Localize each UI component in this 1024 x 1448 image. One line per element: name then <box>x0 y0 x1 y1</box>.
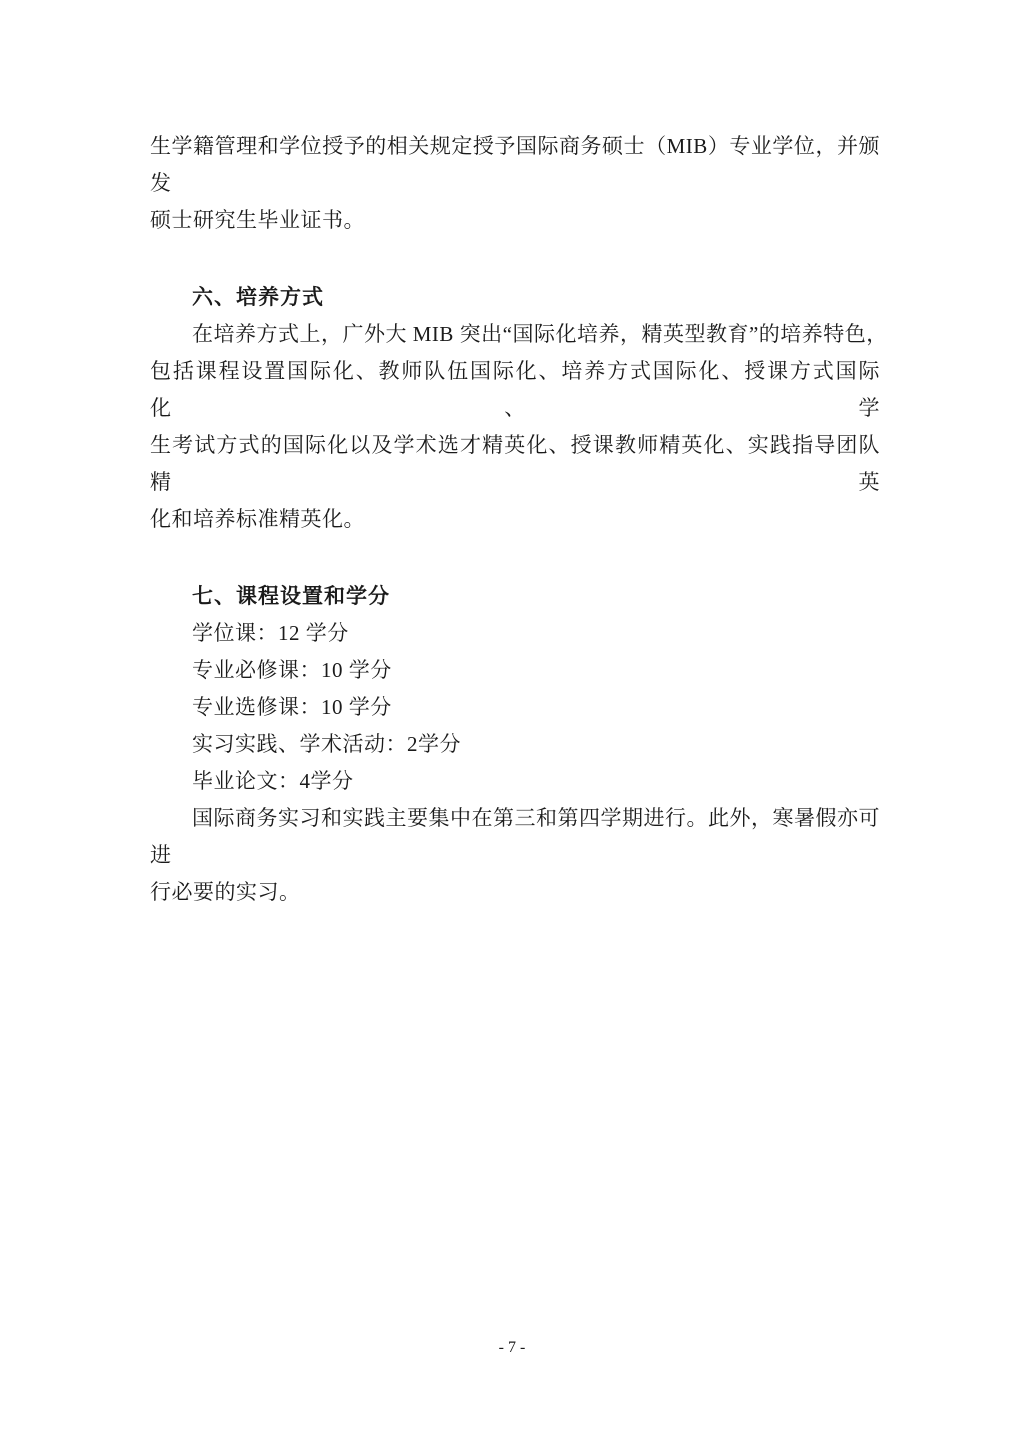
credit-line: 毕业论文：4学分 <box>150 763 880 800</box>
paragraph-line: 包括课程设置国际化、教师队伍国际化、培养方式国际化、授课方式国际化、学 <box>150 353 880 427</box>
section-heading: 六、培养方式 <box>150 279 880 316</box>
paragraph: 国际商务实习和实践主要集中在第三和第四学期进行。此外，寒暑假亦可进行必要的实习。 <box>150 800 880 911</box>
paragraph-line: 在培养方式上，广外大 MIB 突出“国际化培养，精英型教育”的培养特色， <box>150 316 880 353</box>
document-body: 生学籍管理和学位授予的相关规定授予国际商务硕士（MIB）专业学位，并颁发硕士研究… <box>150 128 880 911</box>
section-heading: 七、课程设置和学分 <box>150 578 880 615</box>
paragraph: 生学籍管理和学位授予的相关规定授予国际商务硕士（MIB）专业学位，并颁发硕士研究… <box>150 128 880 239</box>
credit-line: 专业必修课：10 学分 <box>150 652 880 689</box>
paragraph-line: 国际商务实习和实践主要集中在第三和第四学期进行。此外，寒暑假亦可进 <box>150 800 880 874</box>
paragraph-line: 行必要的实习。 <box>150 874 880 911</box>
page-footer: - 7 - <box>0 1337 1024 1359</box>
paragraph-line: 生考试方式的国际化以及学术选才精英化、授课教师精英化、实践指导团队精英 <box>150 427 880 501</box>
paragraph: 在培养方式上，广外大 MIB 突出“国际化培养，精英型教育”的培养特色，包括课程… <box>150 316 880 538</box>
credit-line: 实习实践、学术活动：2学分 <box>150 726 880 763</box>
paragraph-line: 化和培养标准精英化。 <box>150 501 880 538</box>
credit-line: 学位课：12 学分 <box>150 615 880 652</box>
page-number: - 7 - <box>499 1339 526 1356</box>
document-page: 生学籍管理和学位授予的相关规定授予国际商务硕士（MIB）专业学位，并颁发硕士研究… <box>0 0 1024 1448</box>
credit-line: 专业选修课：10 学分 <box>150 689 880 726</box>
paragraph-line: 生学籍管理和学位授予的相关规定授予国际商务硕士（MIB）专业学位，并颁发 <box>150 128 880 202</box>
paragraph-line: 硕士研究生毕业证书。 <box>150 202 880 239</box>
